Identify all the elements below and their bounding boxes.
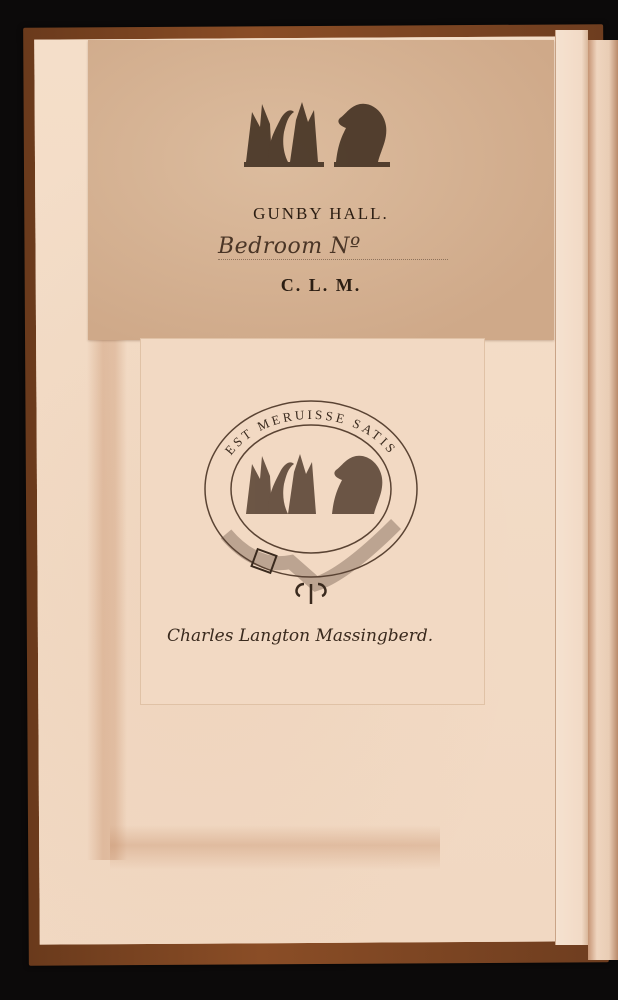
damp-stain-vertical: [87, 340, 127, 860]
owner-signature: Charles Langton Massingberd.: [167, 626, 467, 646]
crest-pair-icon: [238, 92, 398, 172]
garter-motto-icon: EST MERUISSE SATIS: [196, 384, 426, 604]
book-fore-edge: [588, 40, 618, 960]
armorial-bookplate: EST MERUISSE SATIS Charles Langton Massi…: [140, 338, 485, 705]
owner-initials: C. L. M.: [88, 275, 554, 296]
bedroom-number-line: Bedroom Nº: [218, 234, 448, 260]
damp-stain-horizontal: [110, 825, 440, 870]
free-endpaper-edge: [555, 30, 588, 945]
hall-title: GUNBY HALL.: [88, 204, 554, 224]
gunby-hall-label: GUNBY HALL. Bedroom Nº C. L. M.: [88, 40, 554, 340]
